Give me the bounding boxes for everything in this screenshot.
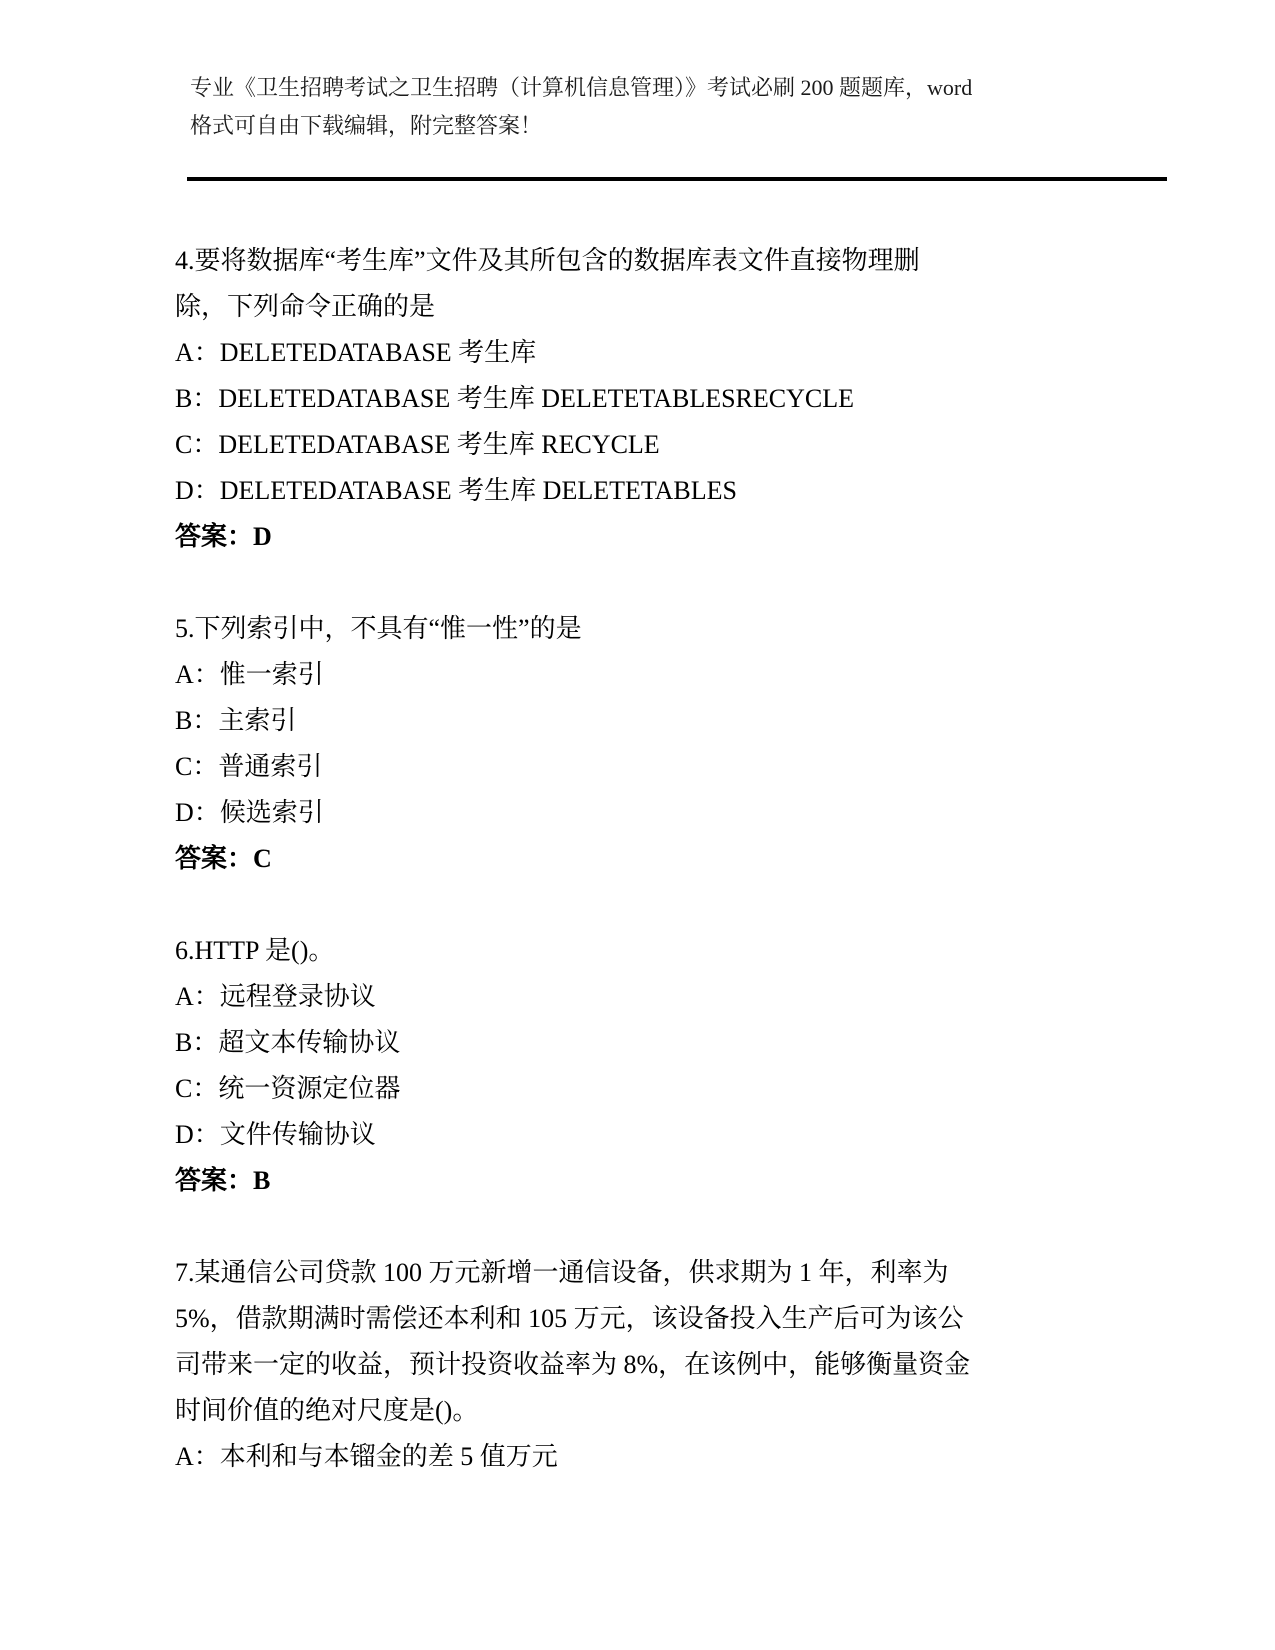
question-5-option-b: B：主索引 <box>175 698 1075 744</box>
question-5-option-d: D：候选索引 <box>175 790 1075 836</box>
question-6-answer: 答案：B <box>175 1158 1075 1204</box>
question-4-answer: 答案：D <box>175 514 1075 560</box>
document-page: 专业《卫生招聘考试之卫生招聘（计算机信息管理）》考试必刷 200 题题库，wor… <box>0 0 1275 1650</box>
header-line-1: 专业《卫生招聘考试之卫生招聘（计算机信息管理）》考试必刷 200 题题库，wor… <box>190 69 1070 107</box>
question-5-answer: 答案：C <box>175 836 1075 882</box>
question-5-text: 5.下列索引中，不具有“惟一性”的是 <box>175 606 1075 652</box>
question-6-option-b: B：超文本传输协议 <box>175 1020 1075 1066</box>
question-6-option-c: C：统一资源定位器 <box>175 1066 1075 1112</box>
question-4-option-a: A：DELETEDATABASE 考生库 <box>175 330 1075 376</box>
question-4-option-c: C：DELETEDATABASE 考生库 RECYCLE <box>175 422 1075 468</box>
question-7-text-line-2: 5%，借款期满时需偿还本利和 105 万元，该设备投入生产后可为该公 <box>175 1296 1075 1342</box>
header-line-2: 格式可自由下载编辑，附完整答案！ <box>190 107 1070 145</box>
page-header: 专业《卫生招聘考试之卫生招聘（计算机信息管理）》考试必刷 200 题题库，wor… <box>190 69 1070 145</box>
question-4-text-line-1: 4.要将数据库“考生库”文件及其所包含的数据库表文件直接物理删 <box>175 238 1075 284</box>
question-7-option-a: A：本利和与本镏金的差 5 值万元 <box>175 1434 1075 1480</box>
question-4-option-d: D：DELETEDATABASE 考生库 DELETETABLES <box>175 468 1075 514</box>
question-4-option-b: B：DELETEDATABASE 考生库 DELETETABLESRECYCLE <box>175 376 1075 422</box>
question-7-text-line-3: 司带来一定的收益，预计投资收益率为 8%，在该例中，能够衡量资金 <box>175 1342 1075 1388</box>
question-6: 6.HTTP 是()。 A：远程登录协议 B：超文本传输协议 C：统一资源定位器… <box>175 928 1075 1204</box>
question-4: 4.要将数据库“考生库”文件及其所包含的数据库表文件直接物理删 除，下列命令正确… <box>175 238 1075 560</box>
question-6-option-a: A：远程登录协议 <box>175 974 1075 1020</box>
question-6-option-d: D：文件传输协议 <box>175 1112 1075 1158</box>
question-5: 5.下列索引中，不具有“惟一性”的是 A：惟一索引 B：主索引 C：普通索引 D… <box>175 606 1075 882</box>
question-7-text-line-1: 7.某通信公司贷款 100 万元新增一通信设备，供求期为 1 年，利率为 <box>175 1250 1075 1296</box>
question-5-option-c: C：普通索引 <box>175 744 1075 790</box>
question-5-option-a: A：惟一索引 <box>175 652 1075 698</box>
question-7-text-line-4: 时间价值的绝对尺度是()。 <box>175 1388 1075 1434</box>
question-6-text: 6.HTTP 是()。 <box>175 928 1075 974</box>
question-4-text-line-2: 除，下列命令正确的是 <box>175 284 1075 330</box>
header-divider-rule <box>187 177 1167 181</box>
document-body: 4.要将数据库“考生库”文件及其所包含的数据库表文件直接物理删 除，下列命令正确… <box>175 238 1075 1480</box>
question-7: 7.某通信公司贷款 100 万元新增一通信设备，供求期为 1 年，利率为 5%，… <box>175 1250 1075 1480</box>
